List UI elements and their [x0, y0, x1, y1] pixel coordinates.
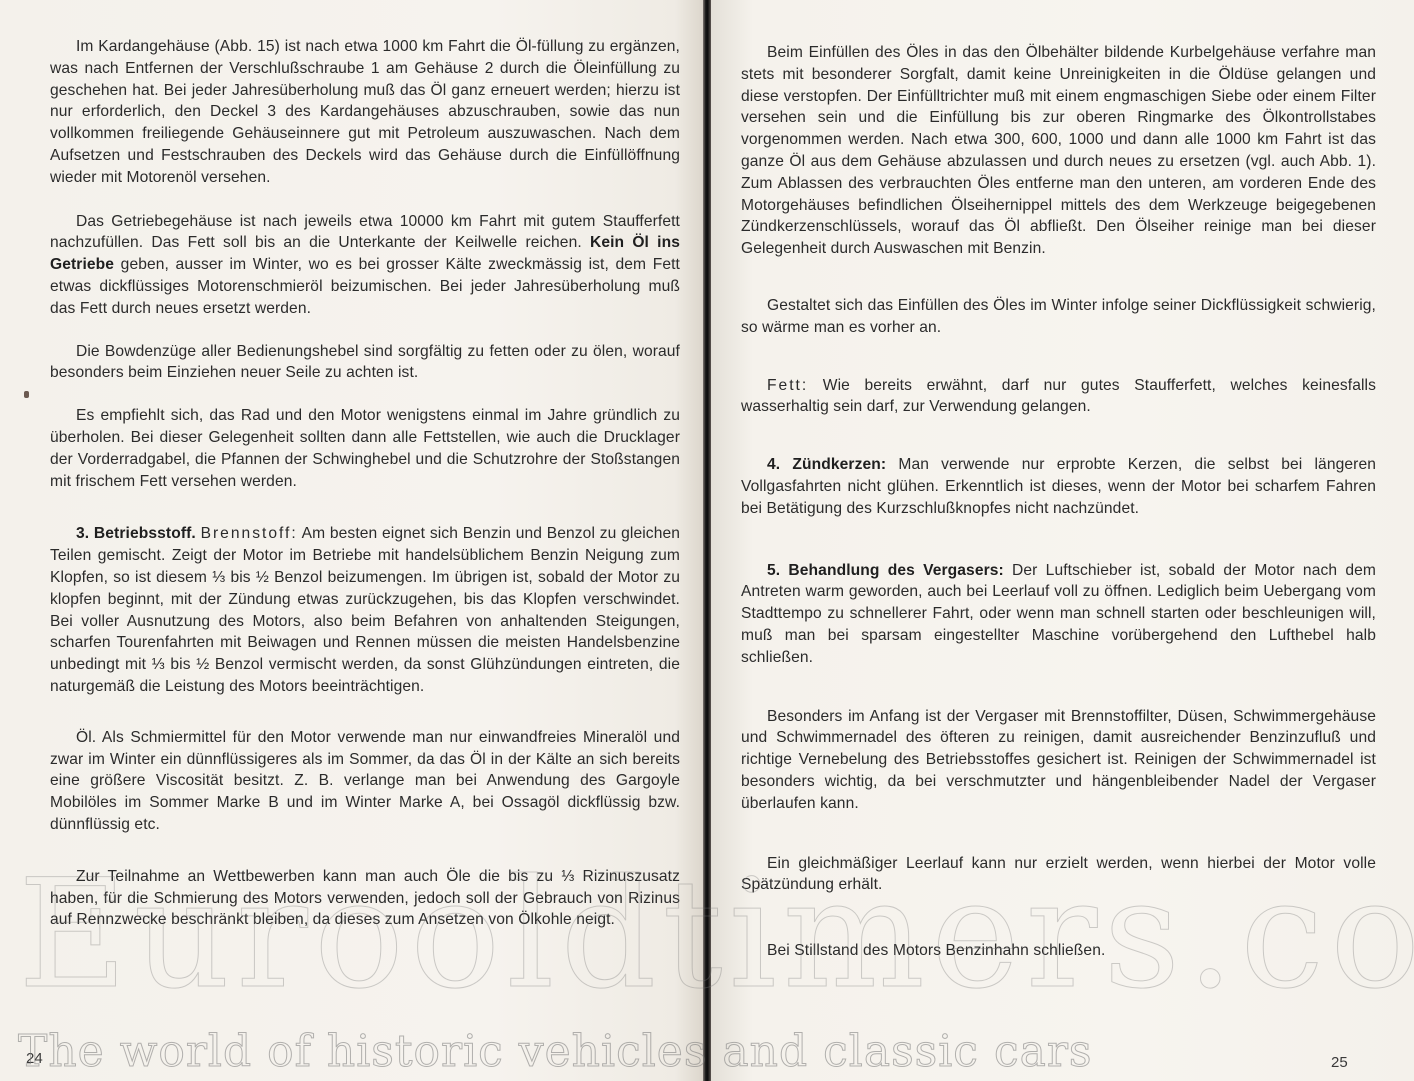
paragraph-kardangehaeuse: Im Kardangehäuse (Abb. 15) ist nach etwa… [50, 36, 680, 189]
paragraph-text: Wie bereits erwähnt, darf nur gutes Stau… [741, 377, 1376, 416]
paragraph-text: geben, ausser im Winter, wo es bei gross… [50, 256, 680, 317]
paragraph-bowdenzuege: Die Bowdenzüge aller Bedienungshebel sin… [50, 341, 680, 385]
paragraph-ueberholen: Es empfiehlt sich, das Rad und den Motor… [50, 405, 680, 492]
paragraph-oel-einfuellen: Beim Einfüllen des Öles in das den Ölbeh… [741, 42, 1376, 260]
section-heading-betriebsstoff: 3. Betriebsstoff. [76, 525, 196, 542]
paragraph-wettbewerbe: Zur Teilnahme an Wettbewerben kann man a… [50, 866, 680, 931]
section-heading-zuendkerzen: 4. Zündkerzen: [767, 456, 886, 473]
page-number-left: 24 [26, 1050, 43, 1067]
paragraph-vergaser: 5. Behandlung des Vergasers: Der Luftsch… [741, 560, 1376, 669]
subheading-brennstoff: Brennstoff: [201, 525, 298, 542]
paragraph-vergaser-reinigen: Besonders im Anfang ist der Vergaser mit… [741, 706, 1376, 815]
paragraph-fett: Fett: Wie bereits erwähnt, darf nur gute… [741, 375, 1376, 419]
section-heading-vergaser: 5. Behandlung des Vergasers: [767, 562, 1004, 579]
paragraph-text: Am besten eignet sich Benzin und Benzol … [50, 525, 680, 695]
right-column: Beim Einfüllen des Öles in das den Ölbeh… [741, 42, 1376, 962]
paragraph-zuendkerzen: 4. Zündkerzen: Man verwende nur erprobte… [741, 454, 1376, 519]
paragraph-getriebegehaeuse: Das Getriebegehäuse ist nach jeweils etw… [50, 211, 680, 320]
left-page: Im Kardangehäuse (Abb. 15) ist nach etwa… [0, 0, 703, 1081]
book-spine [703, 0, 711, 1081]
paragraph-oel: Öl. Als Schmiermittel für den Motor verw… [50, 727, 680, 836]
paragraph-leerlauf: Ein gleichmäßiger Leerlauf kann nur erzi… [741, 853, 1376, 897]
paragraph-stillstand: Bei Stillstand des Motors Benzinhahn sch… [741, 940, 1376, 962]
left-column: Im Kardangehäuse (Abb. 15) ist nach etwa… [50, 36, 680, 931]
paragraph-text: Das Getriebegehäuse ist nach jeweils etw… [50, 213, 680, 252]
page-number-right: 25 [1331, 1054, 1348, 1071]
subheading-fett: Fett: [767, 377, 808, 394]
paragraph-betriebsstoff: 3. Betriebsstoff. Brennstoff: Am besten … [50, 523, 680, 697]
paper-speck [24, 391, 29, 398]
paragraph-winter: Gestaltet sich das Einfüllen des Öles im… [741, 295, 1376, 339]
right-page: Beim Einfüllen des Öles in das den Ölbeh… [711, 0, 1414, 1081]
